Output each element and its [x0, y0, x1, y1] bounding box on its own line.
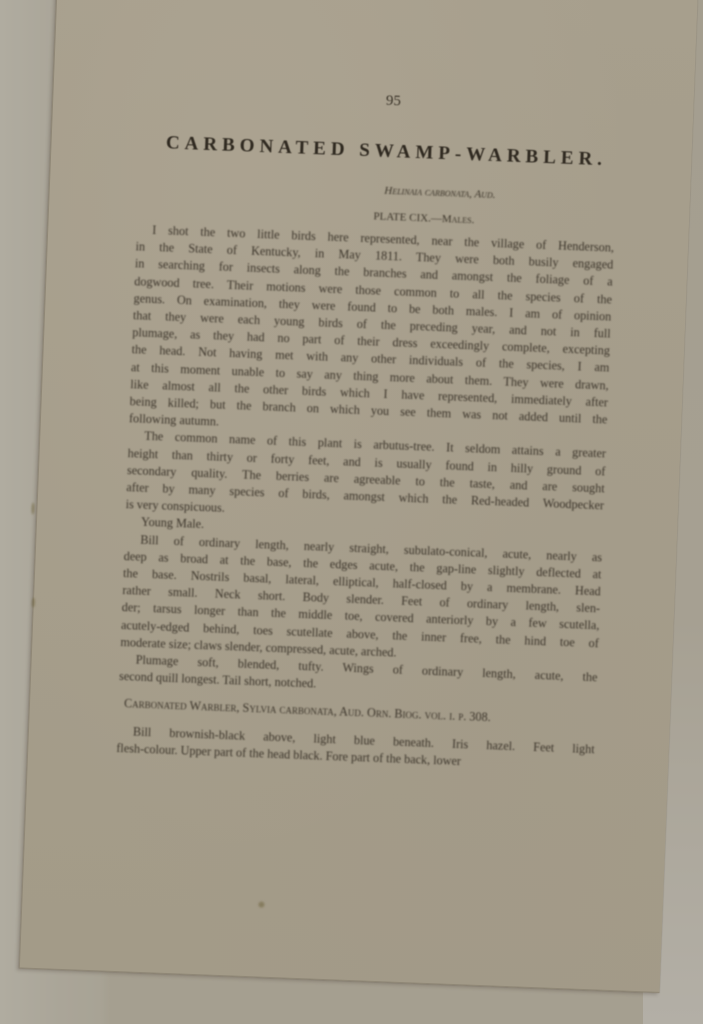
- paper-stain: [31, 502, 34, 514]
- book-page: 95 CARBONATED SWAMP-WARBLER. Helinaia ca…: [19, 0, 698, 993]
- page-number: 95: [53, 80, 693, 122]
- body-text: I shot the two little birds here represe…: [116, 221, 614, 775]
- paragraph: Bill of ordinary length, nearly straight…: [120, 531, 602, 670]
- paper-stain: [32, 598, 35, 608]
- paper-stain: [258, 901, 264, 907]
- page-title: CARBONATED SWAMP-WARBLER.: [51, 128, 691, 175]
- paragraph: I shot the two little birds here represe…: [129, 221, 615, 446]
